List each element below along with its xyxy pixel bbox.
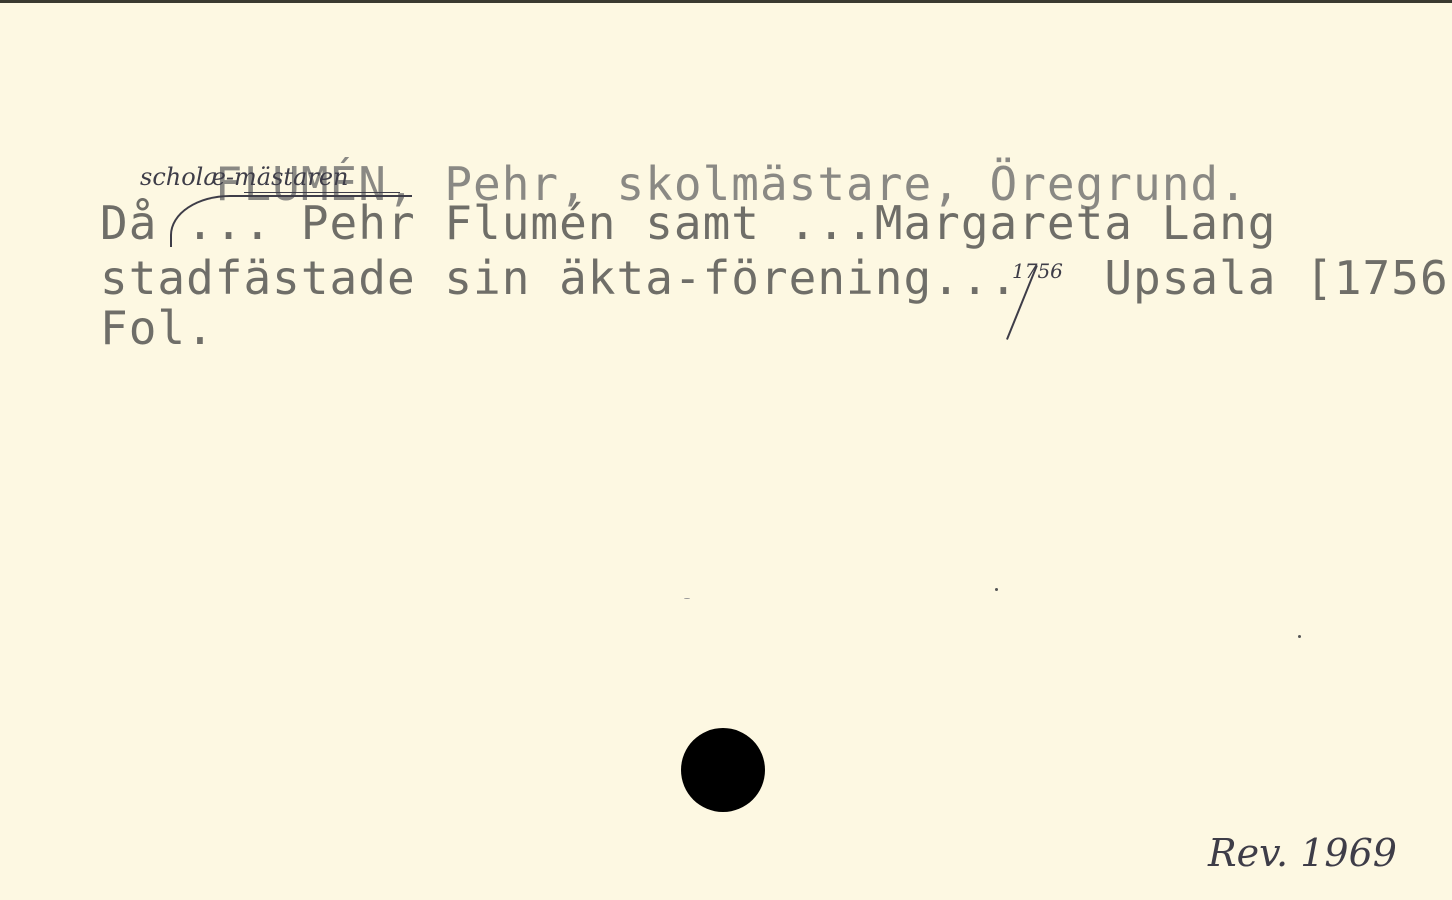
handwritten-year: 1756 — [1012, 259, 1063, 283]
paper-speck — [684, 598, 690, 599]
body-line-3-format: Fol. — [100, 301, 215, 355]
imprint: Upsala [1756: — [1104, 251, 1452, 305]
body-line-1: Då ... Pehr Flumén samt ...Margareta Lan… — [100, 196, 1276, 250]
title-end: stadfästade sin äkta-förening... — [100, 251, 1018, 305]
catalog-card: FLUMÉN, Pehr, skolmästare, Öregrund. sch… — [0, 0, 1452, 900]
handwritten-underline — [244, 192, 400, 193]
punch-hole — [681, 728, 765, 812]
paper-speck — [995, 588, 998, 591]
paper-speck — [1298, 635, 1301, 638]
body-line-2: stadfästade sin äkta-förening... Upsala … — [100, 251, 1452, 305]
handwritten-correction: scholæ-mästaren — [140, 163, 348, 191]
revision-note: Rev. 1969 — [1208, 831, 1397, 875]
